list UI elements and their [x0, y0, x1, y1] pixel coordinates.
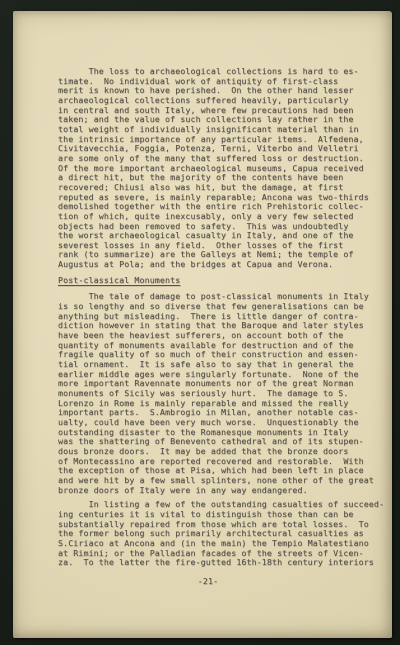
text-line: bronze doors of Italy were in any way en…: [58, 486, 372, 496]
text-line: za. To the latter the fire-gutted 16th-1…: [58, 558, 372, 568]
paragraph-outstanding-casualties: In listing a few of the outstanding casu…: [58, 500, 372, 568]
page-body-text: The loss to archaeological collections i…: [58, 67, 372, 586]
page-number: -21-: [44, 577, 372, 587]
text-line: Augustus at Pola; and the bridges at Cap…: [58, 260, 372, 270]
section-heading: Post-classical Monuments: [58, 276, 372, 286]
paragraph-archaeological-collections: The loss to archaeological collections i…: [58, 67, 372, 270]
document-page: The loss to archaeological collections i…: [13, 11, 392, 638]
scan-background: The loss to archaeological collections i…: [0, 0, 400, 645]
paragraph-post-classical-damage: The tale of damage to post-classical mon…: [58, 292, 372, 495]
